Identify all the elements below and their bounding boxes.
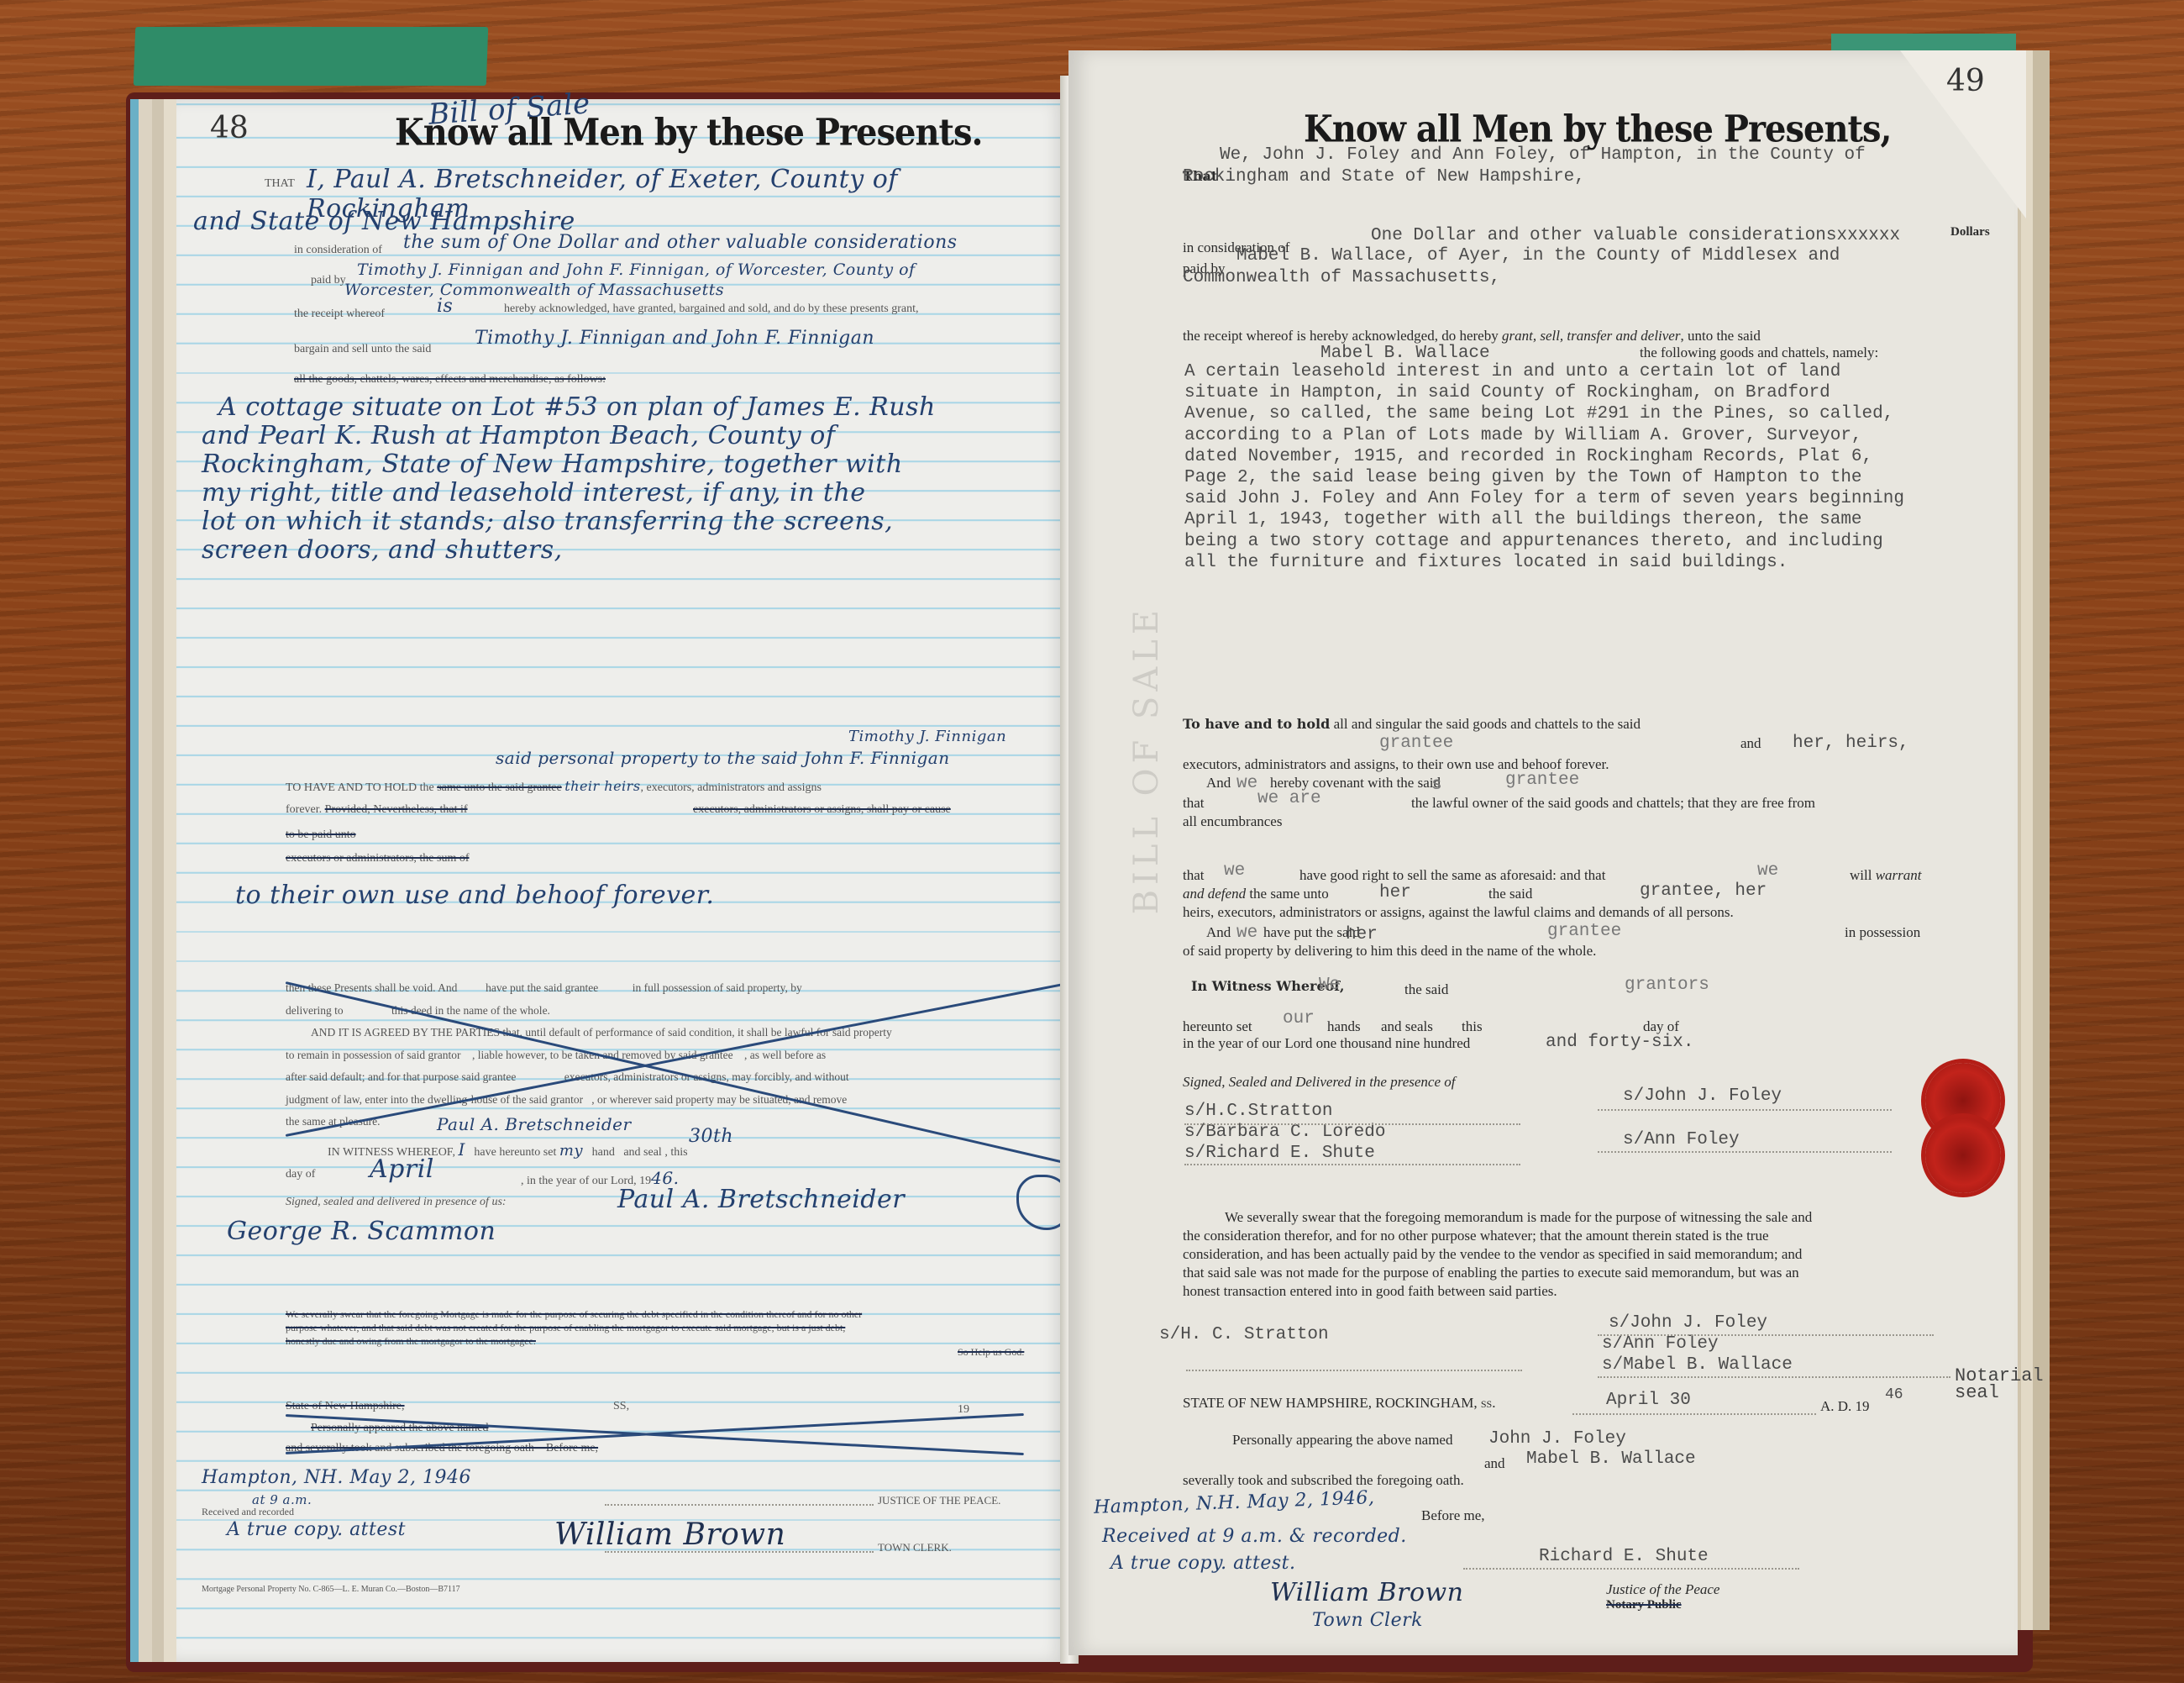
form-footer: Mortgage Personal Property No. C-865—L. … — [202, 1585, 460, 1594]
justice-name: Richard E. Shute — [1539, 1546, 1709, 1567]
page-number: 49 — [1946, 64, 1985, 98]
oath-line: the consideration therefor, and for no o… — [1183, 1227, 1972, 1245]
forever-struck: Provided, Nevertheless, that if — [325, 803, 468, 816]
hold-line: To have and to hold all and singular the… — [1183, 716, 1641, 733]
cov-s: s — [1431, 775, 1442, 796]
receipt-text: hereby acknowledged, have granted, barga… — [504, 302, 918, 316]
right-will: will warrant — [1850, 867, 1922, 884]
hold-grantee: grantee — [1379, 733, 1453, 754]
struck-state: State of New Hampshire, — [286, 1400, 405, 1413]
description-line: April 1, 1943, together with all the bui… — [1184, 509, 1904, 530]
forever-line: forever. Provided, Nevertheless, that if — [286, 803, 468, 817]
clerk-signature: William Brown — [1270, 1578, 1464, 1607]
to-have-insert-top: Timothy J. Finnigan — [848, 728, 1006, 745]
oath-line: We severally swear that the foregoing me… — [1183, 1208, 1972, 1227]
witness-said: the said — [1404, 981, 1448, 998]
forever-label: forever. — [286, 803, 322, 816]
receipt-text-b: grant, sell, transfer and deliver — [1502, 328, 1680, 344]
oath-line: honest transaction entered into in good … — [1183, 1282, 1972, 1301]
receipt-label: the receipt whereof — [294, 308, 385, 321]
struck-so-help: So Help us God. — [958, 1346, 1024, 1359]
description-line: dated November, 1915, and recorded in Ro… — [1184, 446, 1904, 467]
receipt-line: the receipt whereof is hereby acknowledg… — [1183, 328, 1761, 344]
witness-grantors: grantors — [1625, 975, 1709, 996]
condition-line: judgment of law, enter into the dwelling… — [286, 1089, 1042, 1112]
set-hands: hands — [1327, 1018, 1361, 1035]
left-page: 48 Bill of Sale Know all Men by these Pr… — [176, 99, 1067, 1662]
state-date-line — [1572, 1413, 1816, 1415]
page-number: 48 — [210, 111, 249, 145]
witness-my: my — [559, 1142, 583, 1160]
hold-heirs: her, heirs, — [1793, 733, 1909, 754]
right-that: that — [1183, 867, 1205, 884]
cov-grantee: grantee — [1505, 770, 1579, 791]
witness-signature: s/H.C.Stratton — [1184, 1101, 1385, 1122]
grantor-line — [1598, 1109, 1892, 1111]
oath-witness-line — [1186, 1370, 1522, 1371]
signature-witness: George R. Scammon — [227, 1217, 496, 1246]
description-line: Page 2, the said lease being given by th… — [1184, 467, 1904, 488]
description-line: Rockingham, State of New Hampshire, toge… — [202, 450, 1050, 479]
grantor-signature: s/John J. Foley — [1623, 1086, 1782, 1107]
clerk-signature: William Brown — [554, 1517, 785, 1552]
witness-text: have hereunto set — [474, 1146, 556, 1159]
oath-signature-line — [1598, 1334, 1934, 1336]
witness-this: , this — [664, 1146, 687, 1159]
defend-grantee: grantee, her — [1640, 881, 1767, 902]
cov-that: that — [1183, 795, 1205, 812]
description-line: being a two story cottage and appurtenan… — [1184, 531, 1904, 552]
condition-line: then these Presents shall be void. And h… — [286, 977, 1042, 1000]
put-we: we — [1236, 923, 1257, 944]
description-line: A cottage situate on Lot #53 on plan of … — [202, 393, 1050, 422]
witness-day-value: 30th — [689, 1126, 733, 1147]
grantor-line-1: We, John J. Foley and Ann Foley, of Hamp… — [1220, 145, 1866, 166]
notarial-seal-note: Notarial seal — [1955, 1368, 2022, 1402]
town-clerk-line — [605, 1551, 874, 1553]
set-this: this — [1462, 1018, 1483, 1035]
to-have-label-text: TO HAVE AND TO HOLD the — [286, 781, 434, 794]
state-label: STATE OF NEW HAMPSHIRE, ROCKINGHAM, ss. — [1183, 1395, 1495, 1412]
oath-line: that said sale was not made for the purp… — [1183, 1264, 1972, 1282]
witness-line — [1184, 1164, 1520, 1165]
struck-ss: SS, — [613, 1400, 629, 1413]
struck-goods-line: all the goods, chattels, wares, effects … — [294, 373, 606, 387]
witness-name-above: Paul A. Bretschneider — [437, 1114, 632, 1134]
dollars-label: Dollars — [1950, 225, 1990, 239]
paid-by-value-2: Worcester, Commonwealth of Massachusetts — [344, 281, 724, 299]
cov-we: we — [1236, 773, 1257, 794]
oath-signature: s/John J. Foley — [1602, 1312, 1793, 1333]
clerk-title: Town Clerk — [1312, 1610, 1423, 1631]
before-me: Before me, — [1421, 1507, 1485, 1524]
description-line: A certain leasehold interest in and unto… — [1184, 361, 1904, 382]
set-label: hereunto set — [1183, 1018, 1252, 1035]
that-label: THAT — [265, 177, 295, 191]
town-clerk-label: TOWN CLERK. — [878, 1541, 952, 1554]
own-use-line: to their own use and behoof forever. — [235, 881, 714, 910]
struck-oath-line: purpose whatever, and that said debt was… — [286, 1321, 1042, 1334]
record-note-3: A true copy. attest. — [1110, 1553, 1296, 1574]
right-page: 49 Know all Men by these Presents, That … — [1068, 50, 2018, 1655]
witness-seal: and seal — [623, 1146, 661, 1159]
put-and: And — [1206, 924, 1231, 941]
justice-label: Justice of the Peace — [1606, 1581, 1719, 1598]
witness-line — [1184, 1123, 1520, 1125]
defend-line: and defend the same unto — [1183, 886, 1329, 902]
notary-struck: Notary Public — [1606, 1598, 1682, 1612]
oath-witness: s/H. C. Stratton — [1159, 1324, 1329, 1345]
description-block: A cottage situate on Lot #53 on plan of … — [202, 393, 1050, 565]
description-line: lot on which it stands; also transferrin… — [202, 508, 1050, 536]
true-copy: A true copy. attest — [227, 1519, 406, 1540]
paid-by-value-2: Commonwealth of Massachusetts, — [1183, 267, 1500, 288]
defend-said: the said — [1488, 886, 1532, 902]
description-line: Avenue, so called, the same being Lot #2… — [1184, 403, 1904, 424]
signature-grantor: Paul A. Bretschneider — [617, 1185, 905, 1214]
witness-signature: s/Richard E. Shute — [1184, 1143, 1385, 1164]
to-have-label: TO HAVE AND TO HOLD the same unto the sa… — [286, 778, 822, 795]
put-grantee: grantee — [1547, 921, 1621, 942]
oath-block: We severally swear that the foregoing me… — [1183, 1208, 1972, 1301]
description-line: said John J. Foley and Ann Foley for a t… — [1184, 488, 1904, 509]
right-text: have good right to sell the same as afor… — [1299, 867, 1605, 884]
cov-encumbrances: all encumbrances — [1183, 813, 1282, 830]
personally-label: Personally appearing the above named — [1232, 1432, 1452, 1449]
hold-label: To have and to hold — [1183, 716, 1330, 732]
description-block: A certain leasehold interest in and unto… — [1184, 361, 1904, 573]
put-possession: in possession — [1845, 924, 1920, 941]
signed-label: Signed, sealed and delivered in presence… — [286, 1196, 507, 1209]
struck-admin: executors or administrators, the sum of — [286, 852, 470, 865]
cov-we-are: we are — [1257, 788, 1321, 809]
struck-oath-line: We severally swear that the foregoing Mo… — [286, 1307, 1042, 1321]
witness-signatures: s/H.C.Stratton s/Barbara C. Loredo s/Ric… — [1184, 1101, 1385, 1165]
to-have-rest: , executors, administrators and assigns — [641, 781, 822, 794]
personally-and: and — [1484, 1455, 1505, 1472]
struck-paid: to be paid unto — [286, 828, 356, 842]
signed-label: Signed, Sealed and Delivered in the pres… — [1183, 1074, 1455, 1091]
receipt-is: is — [437, 296, 453, 317]
set-our: our — [1283, 1008, 1315, 1029]
took-label: severally took and subscribed the forego… — [1183, 1472, 1464, 1489]
defend-her: her — [1379, 882, 1411, 903]
justice-label: JUSTICE OF THE PEACE. — [878, 1494, 1000, 1507]
defend-text: the same unto — [1249, 886, 1328, 902]
consideration-value: the sum of One Dollar and other valuable… — [403, 232, 958, 253]
grantor-signature: s/Ann Foley — [1623, 1129, 1740, 1150]
justice-line — [605, 1504, 874, 1506]
oath-signature: s/Mabel B. Wallace — [1602, 1354, 1793, 1375]
receipt-text-a: the receipt whereof is hereby acknowledg… — [1183, 328, 1502, 344]
page-heading: Know all Men by these Presents. — [395, 111, 982, 155]
green-bookmark-tab — [134, 27, 488, 86]
ad-label: A. D. 19 — [1820, 1398, 1870, 1415]
bargain-value: Timothy J. Finnigan and John F. Finnigan — [475, 328, 874, 349]
defend-ital: and defend — [1183, 886, 1246, 902]
struck-oath-line: honestly due and owing from the mortgago… — [286, 1334, 1042, 1348]
state-date: April 30 — [1606, 1390, 1691, 1411]
personally-name-1: John J. Foley — [1488, 1428, 1626, 1449]
to-have-insert: said personal property to the said John … — [496, 748, 950, 768]
description-line: my right, title and leasehold interest, … — [202, 479, 1050, 508]
right-we: we — [1224, 860, 1245, 881]
right-will-text: will — [1850, 867, 1872, 883]
ad-year: 46 — [1885, 1386, 1903, 1405]
consideration-value: One Dollar and other valuable considerat… — [1371, 225, 1900, 246]
personally-name-2: Mabel B. Wallace — [1526, 1449, 1696, 1470]
bleed-through-stamp: BILL OF SALE — [1127, 605, 1166, 914]
year-value: and forty-six. — [1546, 1032, 1693, 1053]
defend-line-2: heirs, executors, administrators or assi… — [1183, 904, 1734, 921]
witness-we: We — [1319, 975, 1340, 996]
oath-signatures: s/John J. Foley s/Ann Foley s/Mabel B. W… — [1602, 1312, 1793, 1376]
bargain-label: bargain and sell unto the said — [294, 343, 431, 356]
paid-by-label: paid by — [311, 274, 346, 287]
description-line: screen doors, and shutters, — [202, 536, 1050, 565]
to-have-heirs: their heirs — [564, 778, 640, 794]
right-we-2: we — [1757, 860, 1778, 881]
condition-line: AND IT IS AGREED BY THE PARTIES that, un… — [286, 1022, 1042, 1044]
following-label: the following goods and chattels, namely… — [1640, 344, 1878, 361]
hold-text: all and singular the said goods and chat… — [1334, 716, 1641, 732]
cov-and: And — [1206, 775, 1231, 792]
conditions-block: then these Presents shall be void. And h… — [286, 977, 1042, 1133]
oath-signature-line — [1598, 1376, 1950, 1378]
description-line: all the furniture and fixtures located i… — [1184, 552, 1904, 573]
year-label: in the year of our Lord one thousand nin… — [1183, 1035, 1470, 1052]
oath-signature: s/Ann Foley — [1602, 1333, 1793, 1354]
description-line: according to a Plan of Lots made by Will… — [1184, 425, 1904, 446]
record-note-2: Received at 9 a.m. & recorded. — [1102, 1526, 1407, 1547]
cov-owner: the lawful owner of the said goods and c… — [1411, 795, 1815, 812]
put-line-2: of said property by delivering to him th… — [1183, 943, 1596, 960]
received-label: Received and recorded — [202, 1506, 294, 1518]
justice-line — [1463, 1568, 1799, 1570]
receipt-text-c: , unto the said — [1680, 328, 1760, 344]
description-line: situate in Hampton, in said County of Ro… — [1184, 382, 1904, 403]
struck-oath-block: We severally swear that the foregoing Mo… — [286, 1307, 1042, 1348]
grantor-line-2: Rockingham and State of New Hampshire, — [1183, 166, 1585, 187]
struck-19: 19 — [958, 1403, 969, 1417]
red-wax-seal — [1925, 1118, 2001, 1193]
paid-by-value-1: Mabel B. Wallace, of Ayer, in the County… — [1236, 245, 1840, 266]
record-note-1: Hampton, N.H. May 2, 1946, — [1094, 1487, 1375, 1518]
witness-i: I — [458, 1139, 465, 1160]
right-warrant: warrant — [1876, 867, 1922, 883]
day-of-value: April — [370, 1154, 434, 1184]
consideration-label: in consideration of — [294, 244, 382, 257]
to-have-struck: same unto the said grantee — [437, 781, 562, 794]
paid-by-value: Timothy J. Finnigan and John F. Finnigan… — [357, 260, 916, 279]
witness-hand: hand — [592, 1146, 615, 1159]
description-line: and Pearl K. Rush at Hampton Beach, Coun… — [202, 422, 1050, 450]
struck-executors: executors, administrators or assigns, sh… — [693, 803, 951, 817]
day-of-label: day of — [286, 1168, 315, 1181]
hold-and: and — [1740, 735, 1761, 752]
recorded-note: Hampton, NH. May 2, 1946 — [202, 1467, 471, 1488]
grantor-line — [1598, 1151, 1892, 1153]
set-seals: and seals — [1381, 1018, 1433, 1035]
oath-line: consideration, and has been actually pai… — [1183, 1245, 1972, 1264]
